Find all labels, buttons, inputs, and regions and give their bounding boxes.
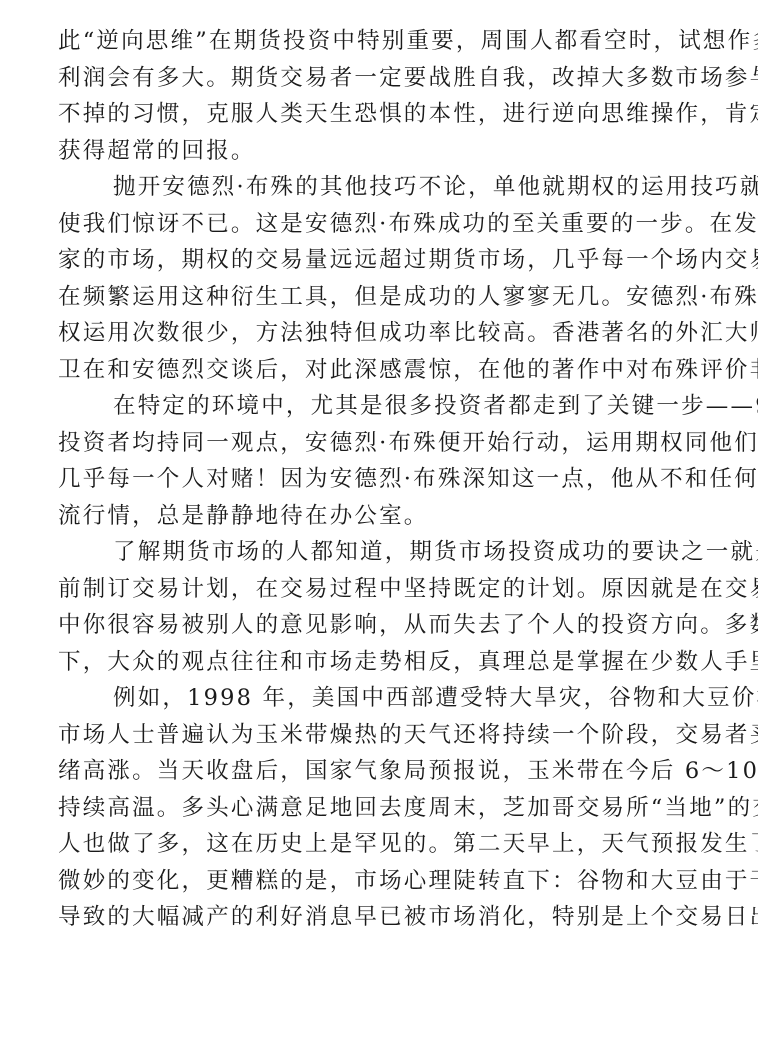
text-line: 此“逆向思维”在期货投资中特别重要，周围人都看空时，试想作多的 [58, 23, 720, 60]
text-line: 获得超常的回报。 [58, 133, 720, 170]
text-line: 在频繁运用这种衍生工具，但是成功的人寥寥无几。安德烈·布殊的期 [58, 279, 720, 316]
paragraph-reverse-thinking: 此“逆向思维”在期货投资中特别重要，周围人都看空时，试想作多的 利润会有多大。期… [58, 23, 720, 169]
text-line: 导致的大幅减产的利好消息早已被市场消化，特别是上个交易日出现的 [58, 899, 720, 936]
text-line: 流行情，总是静静地待在办公室。 [58, 498, 720, 535]
text-line: 市场人士普遍认为玉米带燥热的天气还将持续一个阶段，交易者买涨情 [58, 717, 720, 754]
text-line: 家的市场，期权的交易量远远超过期货市场，几乎每一个场内交易员都 [58, 242, 720, 279]
body-text: 此“逆向思维”在期货投资中特别重要，周围人都看空时，试想作多的 利润会有多大。期… [58, 23, 720, 936]
text-line: 持续高温。多头心满意足地回去度周末，芝加哥交易所“当地”的交易 [58, 790, 720, 827]
text-line: 投资者均持同一观点，安德烈·布殊便开始行动，运用期权同他们中的 [58, 425, 720, 462]
text-line: 卫在和安德烈交谈后，对此深感震惊，在他的著作中对布殊评价非常高。 [58, 352, 720, 389]
text-line: 使我们惊讶不已。这是安德烈·布殊成功的至关重要的一步。在发达国 [58, 206, 720, 243]
text-line: 几乎每一个人对赌！因为安德烈·布殊深知这一点，他从不和任何人交 [58, 461, 720, 498]
text-line: 前制订交易计划，在交易过程中坚持既定的计划。原因就是在交易过程 [58, 571, 720, 608]
paragraph-1998-example: 例如，1998 年，美国中西部遭受特大旱灾，谷物和大豆价格暴涨。 市场人士普遍认… [58, 680, 720, 936]
paragraph-options-skill: 抛开安德烈·布殊的其他技巧不论，单他就期权的运用技巧就足以 使我们惊讶不已。这是… [58, 169, 720, 388]
paragraph-trading-plan: 了解期货市场的人都知道，期货市场投资成功的要诀之一就是要提 前制订交易计划，在交… [58, 534, 720, 680]
paragraph-specific-environment: 在特定的环境中，尤其是很多投资者都走到了关键一步——90%的 投资者均持同一观点… [58, 388, 720, 534]
text-line: 下，大众的观点往往和市场走势相反，真理总是掌握在少数人手里。 [58, 644, 720, 681]
text-line: 在特定的环境中，尤其是很多投资者都走到了关键一步——90%的 [58, 388, 720, 425]
text-line: 绪高涨。当天收盘后，国家气象局预报说，玉米带在今后 6～10 天还会 [58, 753, 720, 790]
text-line: 微妙的变化，更糟糕的是，市场心理陡转直下：谷物和大豆由于干旱而 [58, 863, 720, 900]
text-line: 抛开安德烈·布殊的其他技巧不论，单他就期权的运用技巧就足以 [58, 169, 720, 206]
text-line: 了解期货市场的人都知道，期货市场投资成功的要诀之一就是要提 [58, 534, 720, 571]
text-line: 中你很容易被别人的意见影响，从而失去了个人的投资方向。多数情况 [58, 607, 720, 644]
text-line: 例如，1998 年，美国中西部遭受特大旱灾，谷物和大豆价格暴涨。 [58, 680, 720, 717]
scanned-book-page: 此“逆向思维”在期货投资中特别重要，周围人都看空时，试想作多的 利润会有多大。期… [0, 0, 758, 1048]
text-line: 权运用次数很少，方法独特但成功率比较高。香港著名的外汇大师李家 [58, 315, 720, 352]
text-line: 人也做了多，这在历史上是罕见的。第二天早上，天气预报发生了一些 [58, 826, 720, 863]
text-line: 不掉的习惯，克服人类天生恐惧的本性，进行逆向思维操作，肯定能够 [58, 96, 720, 133]
text-line: 利润会有多大。期货交易者一定要战胜自我，改掉大多数市场参与者改 [58, 60, 720, 97]
